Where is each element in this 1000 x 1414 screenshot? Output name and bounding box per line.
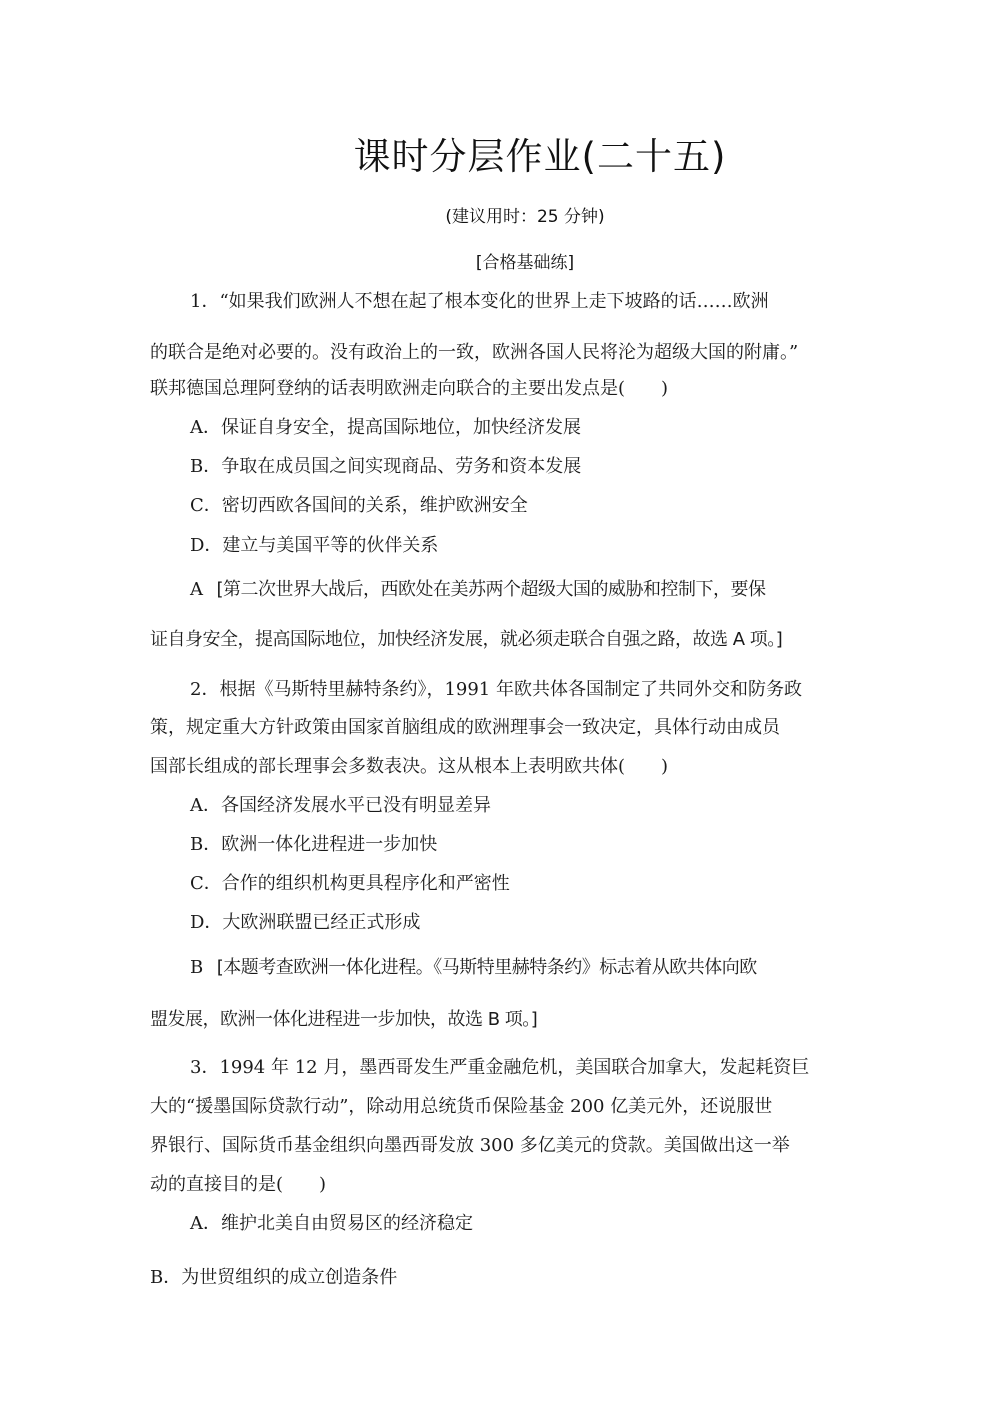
option-d: D．大欧洲联盟已经正式形成	[190, 911, 900, 935]
question-stem-line: 联邦德国总理阿登纳的话表明欧洲走向联合的主要出发点是( )	[150, 377, 860, 401]
explanation-text: [第二次世界大战后，西欧处在美苏两个超级大国的威胁和控制下，要保	[217, 579, 766, 600]
option-a: A．保证自身安全，提高国际地位，加快经济发展	[190, 416, 900, 440]
option-c: C．密切西欧各国间的关系，维护欧洲安全	[190, 494, 900, 518]
question-stem-line: 策，规定重大方针政策由国家首脑组成的欧洲理事会一致决定，具体行动由成员	[150, 716, 860, 740]
question-stem-line: 2．根据《马斯特里赫特条约》，1991 年欧共体各国制定了共同外交和防务政	[190, 678, 900, 702]
option-b: B．欧洲一体化进程进一步加快	[190, 833, 900, 857]
explanation-line: 证自身安全，提高国际地位，加快经济发展，就必须走联合自强之路，故选 A 项。]	[150, 628, 860, 652]
option-b: B．为世贸组织的成立创造条件	[150, 1266, 860, 1290]
question-stem-line: 3．1994 年 12 月，墨西哥发生严重金融危机，美国联合加拿大，发起耗资巨	[190, 1056, 900, 1080]
explanation-text: [本题考查欧洲一体化进程。《马斯特里赫特条约》标志着从欧共体向欧	[217, 957, 757, 978]
option-a: A．各国经济发展水平已没有明显差异	[190, 794, 900, 818]
answer-key: B	[190, 957, 203, 978]
question-stem-line: 界银行、国际货币基金组织向墨西哥发放 300 多亿美元的贷款。美国做出这一举	[150, 1134, 860, 1158]
option-b: B．争取在成员国之间实现商品、劳务和资本发展	[190, 455, 900, 479]
option-c: C．合作的组织机构更具程序化和严密性	[190, 872, 900, 896]
section-label: [合格基础练]	[0, 248, 1000, 273]
suggested-time: (建议用时：25 分钟)	[0, 202, 1000, 227]
answer-key: A	[190, 579, 203, 600]
option-a: A．维护北美自由贸易区的经济稳定	[190, 1212, 900, 1236]
explanation-line: 盟发展，欧洲一体化进程进一步加快，故选 B 项。]	[150, 1008, 860, 1032]
answer-explanation: A[第二次世界大战后，西欧处在美苏两个超级大国的威胁和控制下，要保	[190, 578, 900, 602]
question-stem-line: 国部长组成的部长理事会多数表决。这从根本上表明欧共体( )	[150, 755, 860, 779]
question-stem-line: 1．“如果我们欧洲人不想在起了根本变化的世界上走下坡路的话……欧洲	[190, 290, 900, 314]
answer-explanation: B[本题考查欧洲一体化进程。《马斯特里赫特条约》标志着从欧共体向欧	[190, 956, 900, 980]
document-page: 课时分层作业(二十五) (建议用时：25 分钟) [合格基础练] 1．“如果我们…	[0, 0, 1000, 1414]
option-d: D．建立与美国平等的伙伴关系	[190, 534, 900, 558]
question-stem-line: 动的直接目的是( )	[150, 1173, 860, 1197]
question-stem-line: 大的“援墨国际贷款行动”，除动用总统货币保险基金 200 亿美元外，还说服世	[150, 1095, 860, 1119]
question-stem-line: 的联合是绝对必要的。没有政治上的一致，欧洲各国人民将沦为超级大国的附庸。”	[150, 341, 860, 365]
page-title: 课时分层作业(二十五)	[0, 126, 1000, 180]
